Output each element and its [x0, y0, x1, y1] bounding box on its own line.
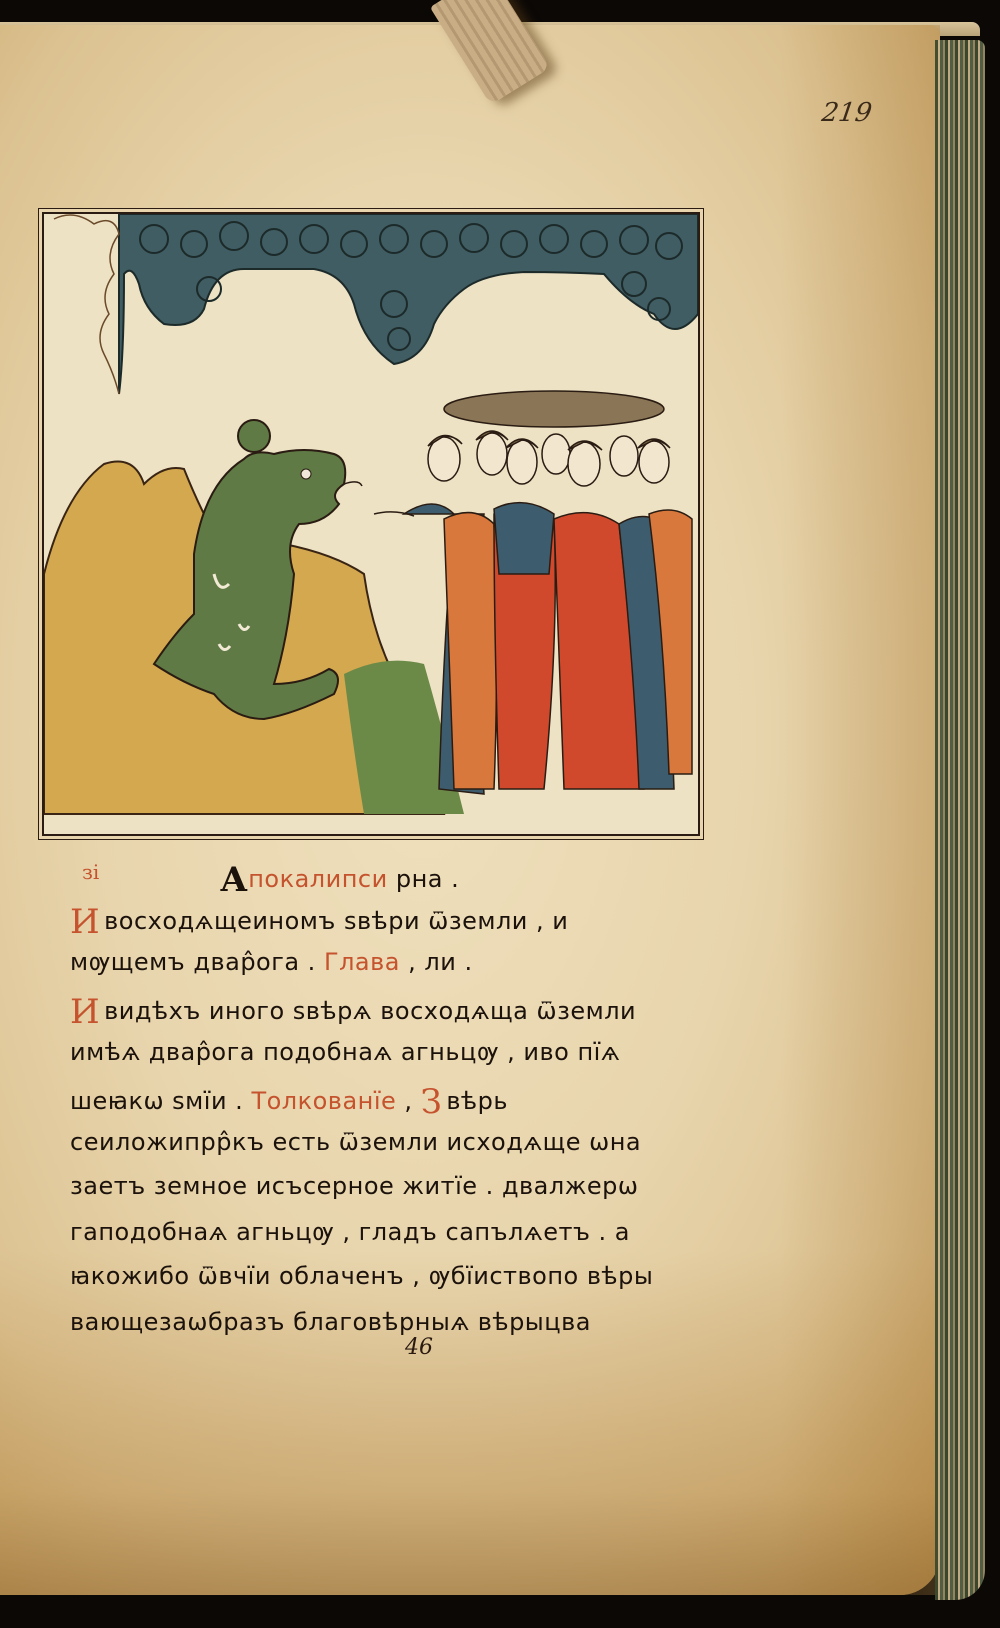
title-rest: рна .	[396, 865, 459, 893]
text-line: имѣѧ двар̂ога подобнаѧ агньцѹ , иво пїѧ	[70, 1038, 620, 1066]
line-text: ꙗкожибо ѿвчїи облаченъ , ѹбїиствопо вѣры	[70, 1262, 653, 1290]
line-text: шеꙗкѡ ѕмїи .	[70, 1087, 251, 1115]
chapter-rubric: Глава	[324, 948, 400, 976]
line-text: видѣхъ иного ѕвѣрѧ восходѧща ѿземли	[104, 997, 636, 1025]
red-initial: И	[70, 902, 100, 942]
line-text: вѣрь	[446, 1087, 508, 1115]
line-text: гаподобнаѧ агньцѹ , гладъ сапълѧетъ . а	[70, 1218, 630, 1246]
page-number: 46	[405, 1335, 433, 1360]
text-line: Ивосходѧщеиномъ ѕвѣри ѿземли , и	[70, 902, 568, 942]
title-rubric: покалипси	[248, 865, 388, 893]
folio-number: 219	[820, 98, 874, 128]
line-text: сеиложипрр̂къ есть ѿземли исходѧще ѡна	[70, 1128, 641, 1156]
commentary-rubric: Толкованїе	[251, 1087, 396, 1115]
line-text: восходѧщеиномъ ѕвѣри ѿземли , и	[104, 907, 568, 935]
line-text: , ли .	[400, 948, 473, 976]
miniature-svg	[44, 214, 698, 834]
text-line: ꙗкожибо ѿвчїи облаченъ , ѹбїиствопо вѣры	[70, 1262, 653, 1290]
sketch-lines	[54, 215, 119, 394]
line-text: ,	[396, 1087, 420, 1115]
red-initial: И	[70, 992, 100, 1032]
text-line: гаподобнаѧ агньцѹ , гладъ сапълѧетъ . а	[70, 1218, 630, 1246]
line-text: мѹщемъ двар̂ога .	[70, 948, 324, 976]
title-initial: А	[220, 860, 248, 900]
text-line: Ивидѣхъ иного ѕвѣрѧ восходѧща ѿземли	[70, 992, 636, 1032]
text-line: вающезаѡбразъ благовѣрныѧ вѣрыцва	[70, 1308, 591, 1336]
text-line: заетъ земное исъсерное житїе . двалжерѡ	[70, 1172, 638, 1200]
text-line: шеꙗкѡ ѕмїи . Толкованїе , Звѣрь	[70, 1082, 508, 1122]
line-text: вающезаѡбразъ благовѣрныѧ вѣрыцва	[70, 1308, 591, 1336]
line-text: имѣѧ двар̂ога подобнаѧ агньцѹ , иво пїѧ	[70, 1038, 620, 1066]
text-line: мѹщемъ двар̂ога . Глава , ли .	[70, 948, 473, 976]
margin-mark: зі	[82, 860, 99, 884]
line-text: заетъ земное исъсерное житїе . двалжерѡ	[70, 1172, 638, 1200]
heading-line: Апокалипси рна .	[220, 860, 459, 900]
red-initial: З	[421, 1082, 443, 1122]
page-edges-block	[935, 40, 985, 1600]
page-shading-bottom	[0, 1250, 940, 1595]
miniature-illustration	[42, 212, 700, 836]
text-line: сеиложипрр̂къ есть ѿземли исходѧще ѡна	[70, 1128, 641, 1156]
